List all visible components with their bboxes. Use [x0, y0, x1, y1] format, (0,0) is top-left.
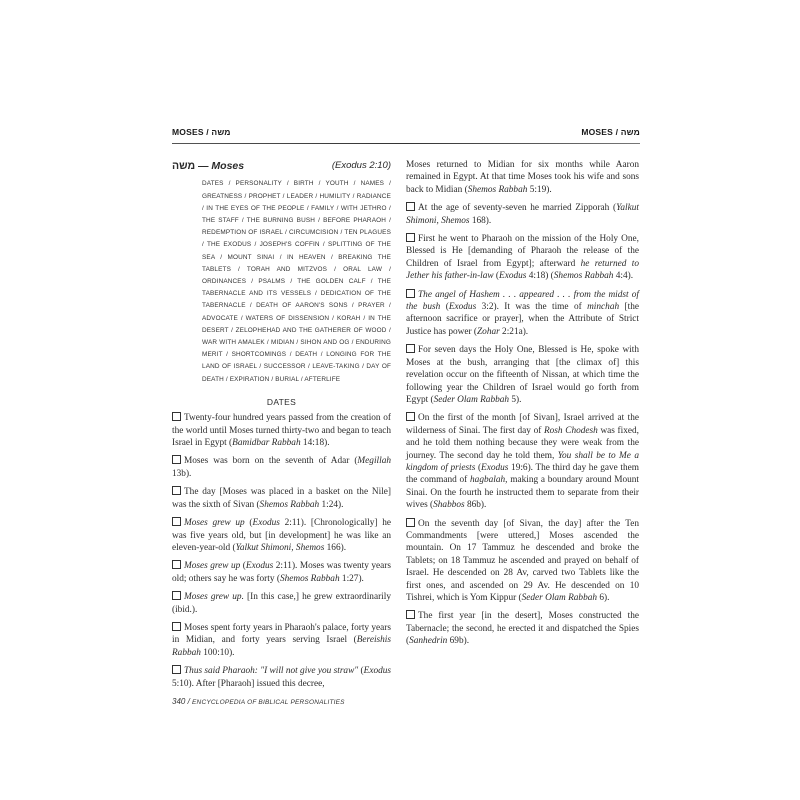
paragraph: Moses grew up (Exodus 2:11). [Chronologi…	[172, 517, 391, 554]
running-head-right: MOSES / משה	[581, 127, 640, 137]
square-bullet-icon	[406, 233, 415, 242]
entry-title: משה — Moses (Exodus 2:10)	[172, 160, 391, 172]
square-bullet-icon	[406, 344, 415, 353]
paragraph: For seven days the Holy One, Blessed is …	[406, 344, 639, 406]
entry-english: Moses	[211, 160, 244, 172]
paragraph: Moses was born on the seventh of Adar (M…	[172, 455, 391, 480]
square-bullet-icon	[172, 622, 181, 631]
square-bullet-icon	[172, 455, 181, 464]
entry-reference: (Exodus 2:10)	[332, 160, 391, 172]
page-number: 340 /	[172, 697, 192, 706]
paragraph: Moses spent forty years in Pharaoh's pal…	[172, 622, 391, 659]
square-bullet-icon	[406, 518, 415, 527]
paragraph: Moses grew up. [In this case,] he grew e…	[172, 591, 391, 616]
book-page: MOSES / משה MOSES / משה משה — Moses (Exo…	[0, 0, 800, 800]
square-bullet-icon	[172, 591, 181, 600]
square-bullet-icon	[406, 289, 415, 298]
paragraph: Thus said Pharaoh: "I will not give you …	[172, 665, 391, 690]
topic-list: Dates / Personality / Birth / Youth / Na…	[202, 178, 391, 385]
header-rule	[172, 143, 640, 144]
continued-paragraph: Moses returned to Midian for six months …	[406, 159, 639, 196]
paragraph: The day [Moses was placed in a basket on…	[172, 486, 391, 511]
entry-name: משה — Moses	[172, 160, 244, 172]
square-bullet-icon	[172, 486, 181, 495]
book-title: Encyclopedia of Biblical Personalities	[192, 699, 345, 706]
paragraph: On the first of the month [of Sivan], Is…	[406, 412, 639, 511]
paragraph: First he went to Pharaoh on the mission …	[406, 233, 639, 283]
page-footer: 340 / Encyclopedia of Biblical Personali…	[172, 697, 345, 706]
left-paragraphs: Twenty-four hundred years passed from th…	[172, 412, 391, 690]
square-bullet-icon	[406, 202, 415, 211]
square-bullet-icon	[406, 412, 415, 421]
square-bullet-icon	[172, 517, 181, 526]
left-column: משה — Moses (Exodus 2:10) Dates / Person…	[172, 160, 391, 696]
paragraph: At the age of seventy-seven he married Z…	[406, 202, 639, 227]
running-head-left: MOSES / משה	[172, 127, 231, 137]
square-bullet-icon	[172, 665, 181, 674]
right-paragraphs: At the age of seventy-seven he married Z…	[406, 202, 639, 647]
square-bullet-icon	[406, 610, 415, 619]
paragraph: The first year [in the desert], Moses co…	[406, 610, 639, 647]
square-bullet-icon	[172, 412, 181, 421]
right-column: Moses returned to Midian for six months …	[406, 159, 639, 654]
paragraph: The angel of Hashem . . . appeared . . .…	[406, 289, 639, 339]
square-bullet-icon	[172, 560, 181, 569]
section-heading: DATES	[172, 396, 391, 408]
entry-dash: —	[195, 160, 211, 172]
paragraph: On the seventh day [of Sivan, the day] a…	[406, 518, 639, 605]
paragraph: Moses grew up (Exodus 2:11). Moses was t…	[172, 560, 391, 585]
paragraph: Twenty-four hundred years passed from th…	[172, 412, 391, 449]
entry-hebrew: משה	[172, 160, 195, 172]
running-head: MOSES / משה MOSES / משה	[172, 127, 640, 141]
